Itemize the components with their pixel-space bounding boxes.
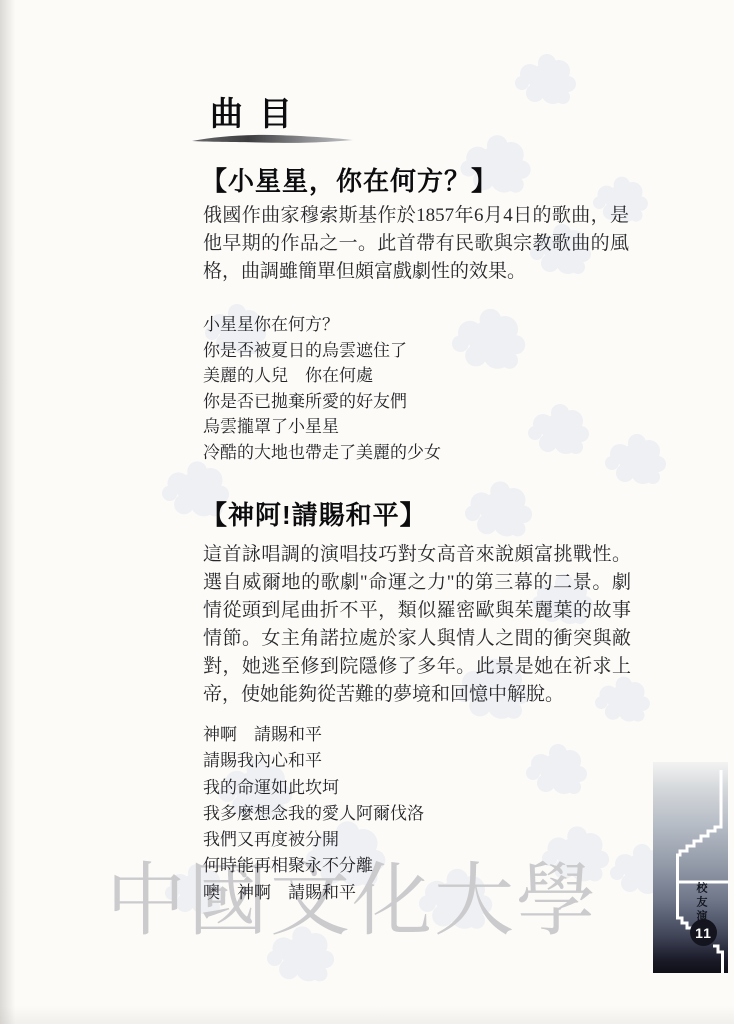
brush-stroke-divider: [190, 131, 355, 149]
lyric-line: 你是否已拋棄所愛的好友們: [203, 389, 441, 415]
song2-description: 這首詠唱調的演唱技巧對女高音來說頗富挑戰性。選自威爾地的歌劇"命運之力"的第三幕…: [203, 541, 631, 709]
page-number: 11: [695, 925, 712, 941]
lyric-line: 請賜我內心和平: [203, 748, 424, 774]
song1-description: 俄國作曲家穆索斯基作於1857年6月4日的歌曲，是他早期的作品之一。此首帶有民歌…: [203, 202, 629, 286]
corner-stepped-lines: [653, 762, 728, 973]
lyric-line: 何時能再相聚永不分離: [203, 853, 424, 879]
page-number-badge: 11: [690, 919, 717, 946]
song2-lyrics: 神啊 請賜和平 請賜我內心和平 我的命運如此坎坷 我多麼想念我的愛人阿爾伐洛 我…: [203, 722, 424, 906]
lyric-line: 小星星你在何方？: [203, 312, 441, 338]
lyric-line: 我們又再度被分開: [203, 827, 424, 853]
song1-title: 【小星星，你在何方？】: [201, 161, 498, 198]
lyric-line: 你是否被夏日的烏雲遮住了: [203, 338, 441, 364]
lyric-line: 烏雲攏罩了小星星: [203, 414, 441, 440]
lyric-line: 美麗的人兒 你在何處: [203, 363, 441, 389]
lyric-line: 我多麼想念我的愛人阿爾伐洛: [203, 801, 424, 827]
corner-ornament: 校友演唱 11: [653, 762, 728, 973]
page-title: 曲目: [210, 88, 308, 135]
lyric-line: 神啊 請賜和平: [203, 722, 424, 748]
song1-lyrics: 小星星你在何方？ 你是否被夏日的烏雲遮住了 美麗的人兒 你在何處 你是否已拋棄所…: [203, 312, 441, 466]
lyric-line: 噢 神啊 請賜和平: [203, 880, 424, 906]
lyric-line: 冷酷的大地也帶走了美麗的少女: [203, 440, 441, 466]
lyric-line: 我的命運如此坎坷: [203, 775, 424, 801]
song2-title: 【神阿!請賜和平】: [201, 495, 427, 532]
